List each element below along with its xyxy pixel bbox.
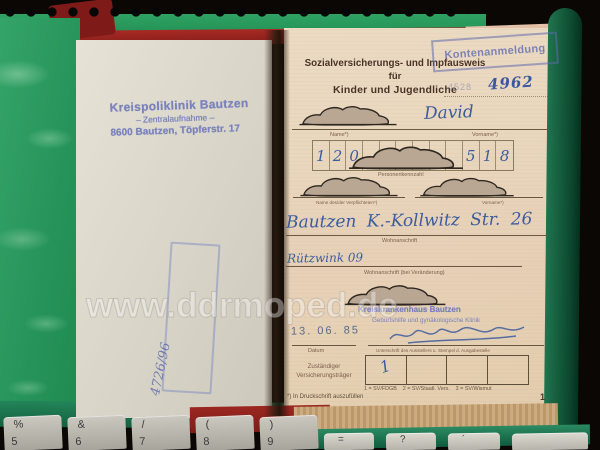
- signature-label: Unterschrift des Ausstellers u. Stempel …: [376, 348, 490, 353]
- key-top-label: ?: [400, 434, 406, 445]
- key-bottom-label: 7: [139, 436, 146, 448]
- green-plastic-folder: [0, 18, 80, 420]
- key-top-label: =: [338, 434, 344, 445]
- vorname-label: Vorname*): [472, 132, 498, 138]
- konten-number-faint: 4528: [448, 82, 472, 92]
- key-top-label: ): [269, 419, 273, 431]
- address-change-line: [286, 266, 522, 267]
- insurer-code-cell: [488, 356, 529, 384]
- keyboard-key-9: ) 9: [259, 415, 318, 450]
- redaction-blob: [345, 141, 467, 173]
- key-bottom-label: 6: [75, 436, 82, 448]
- keyboard-key-5: % 5: [3, 415, 62, 450]
- page-number: 1: [540, 392, 545, 402]
- key-top-label: (: [205, 419, 209, 431]
- redaction-blob: [292, 102, 404, 128]
- date-line: [292, 345, 356, 346]
- address-change-handwritten: Rützwink 09: [287, 250, 363, 265]
- name-row-line: [292, 129, 548, 130]
- address-change-label: Wohnanschrift (bei Veränderung): [364, 270, 445, 276]
- key-top-label: &: [77, 419, 85, 431]
- insurer-label-line1: Zuständiger: [288, 362, 360, 371]
- issue-date-stamp: 13. 06. 85: [291, 324, 360, 337]
- keyboard-key-8: ( 8: [195, 415, 254, 450]
- pkz-digit: 1: [313, 141, 330, 170]
- pkz-digit: 1: [480, 141, 497, 170]
- keyboard-key-accent: ´: [448, 433, 500, 450]
- address-label: Wohnanschrift: [382, 238, 417, 244]
- pkz-digit: 8: [496, 141, 513, 170]
- guardian-name-label: Name des/der Verpflichteten*): [316, 200, 377, 205]
- keyboard-key-6: & 6: [67, 415, 126, 450]
- keyboard-key-question: ?: [386, 433, 436, 450]
- key-top-label: /: [141, 419, 145, 431]
- address-line: [286, 235, 548, 236]
- key-top-label: ´: [462, 434, 466, 445]
- vorname-handwritten: David: [424, 102, 474, 124]
- key-bottom-label: 8: [203, 436, 210, 448]
- folder-right-edge: [544, 8, 583, 440]
- keyboard-key-7: / 7: [131, 415, 190, 450]
- photo-of-ddr-booklet: Kreispoliklinik Bautzen – Zentralaufnahm…: [0, 0, 600, 450]
- form-footnote: *) In Druckschrift auszufüllen: [287, 394, 363, 400]
- keyboard-key-backspace: [512, 432, 588, 450]
- key-top-label: %: [13, 418, 23, 430]
- insurer-label-line2: Versicherungsträger: [288, 371, 360, 380]
- guardian-vorname-label: Vorname*): [482, 200, 504, 205]
- key-bottom-label: 9: [267, 436, 274, 448]
- key-bottom-label: 5: [11, 436, 18, 448]
- insurer-legend: 1 = SV/FDGB 2 = SV/Staatl. Vers. 3 = SV/…: [364, 386, 544, 392]
- konten-number-line: 4528 4962: [444, 76, 552, 97]
- konten-stamp-title: Kontenanmeldung: [444, 42, 546, 61]
- clinic-ink-stamp: Kreispoliklinik Bautzen – Zentralaufnahm…: [109, 95, 270, 139]
- keyboard-key-equals: =: [324, 433, 374, 450]
- pkz-digit: 2: [330, 141, 347, 170]
- address-handwritten: Bautzen K.-Kollwitz Str. 26: [286, 209, 533, 232]
- name-label: Name*): [330, 132, 349, 138]
- watermark-text: www.ddrmoped.de: [86, 286, 506, 326]
- konten-number-handwritten: 4962: [487, 72, 534, 93]
- insurer-code-cell: [447, 356, 488, 384]
- insurer-code-cell: [407, 356, 448, 384]
- redaction-blob: [295, 173, 403, 199]
- date-label: Datum: [308, 348, 324, 354]
- redaction-blob: [415, 174, 519, 199]
- insurer-label: Zuständiger Versicherungsträger: [288, 362, 360, 381]
